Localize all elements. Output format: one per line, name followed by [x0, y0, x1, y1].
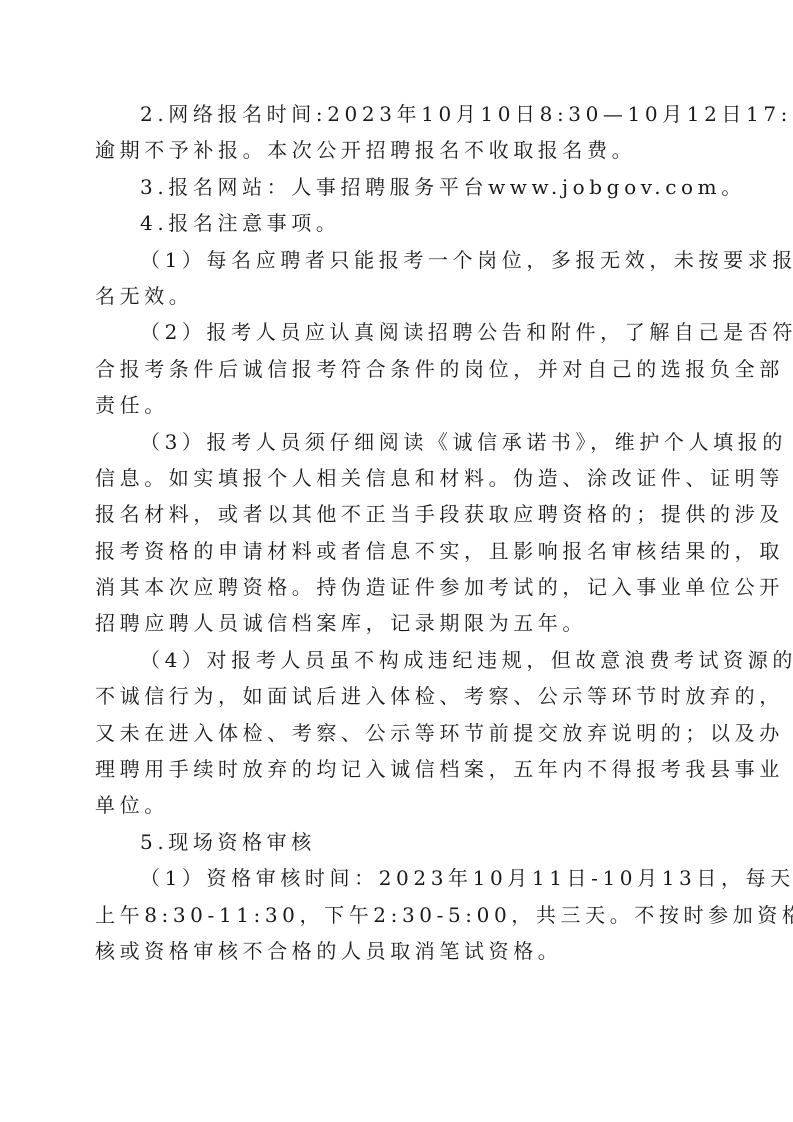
paragraph-line: 单位。 — [95, 787, 699, 823]
paragraph-line: 逾期不予补报。本次公开招聘报名不收取报名费。 — [95, 132, 699, 168]
paragraph-line: 理聘用手续时放弃的均记入诚信档案，五年内不得报考我县事业 — [95, 751, 699, 787]
paragraph-line: 消其本次应聘资格。持伪造证件参加考试的，记入事业单位公开 — [95, 569, 699, 605]
paragraph-line-note-2: （2）报考人员应认真阅读招聘公告和附件，了解自己是否符 — [95, 314, 699, 350]
paragraph-line: 信息。如实填报个人相关信息和材料。伪造、涂改证件、证明等 — [95, 460, 699, 496]
section-heading-onsite-review: 5.现场资格审核 — [95, 824, 699, 860]
paragraph-line: 合报考条件后诚信报考符合条件的岗位，并对自己的选报负全部 — [95, 351, 699, 387]
document-page: 2.网络报名时间:2023年10月10日8:30—10月12日17:00。 逾期… — [95, 96, 699, 969]
paragraph-line: 上午8:30-11:30，下午2:30-5:00，共三天。不按时参加资格审 — [95, 897, 699, 933]
paragraph-line: 招聘应聘人员诚信档案库，记录期限为五年。 — [95, 605, 699, 641]
paragraph-line-registration-website: 3.报名网站：人事招聘服务平台www.jobgov.com。 — [95, 169, 699, 205]
paragraph-line-note-1: （1）每名应聘者只能报考一个岗位，多报无效，未按要求报 — [95, 242, 699, 278]
paragraph-line: 报名材料，或者以其他不正当手段获取应聘资格的；提供的涉及 — [95, 496, 699, 532]
paragraph-line: 报考资格的申请材料或者信息不实，且影响报名审核结果的，取 — [95, 533, 699, 569]
paragraph-line-note-3: （3）报考人员须仔细阅读《诚信承诺书》，维护个人填报的 — [95, 424, 699, 460]
section-heading-registration-notes: 4.报名注意事项。 — [95, 205, 699, 241]
paragraph-line-review-time: （1）资格审核时间：2023年10月11日-10月13日，每天 — [95, 860, 699, 896]
paragraph-line: 核或资格审核不合格的人员取消笔试资格。 — [95, 933, 699, 969]
paragraph-line: 名无效。 — [95, 278, 699, 314]
paragraph-line-note-4: （4）对报考人员虽不构成违纪违规，但故意浪费考试资源的 — [95, 642, 699, 678]
paragraph-line: 责任。 — [95, 387, 699, 423]
paragraph-line: 不诚信行为，如面试后进入体检、考察、公示等环节时放弃的， — [95, 678, 699, 714]
paragraph-line: 又未在进入体检、考察、公示等环节前提交放弃说明的；以及办 — [95, 715, 699, 751]
paragraph-line-registration-time: 2.网络报名时间:2023年10月10日8:30—10月12日17:00。 — [95, 96, 699, 132]
